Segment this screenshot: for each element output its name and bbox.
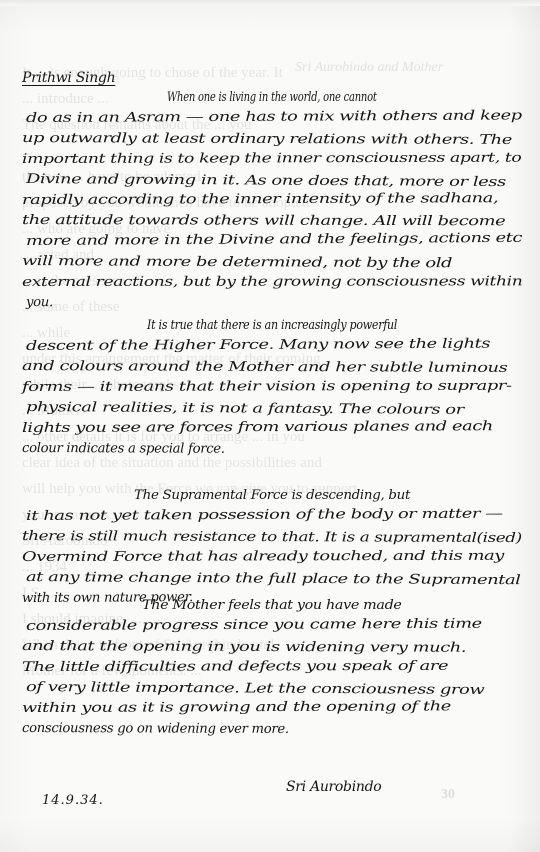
handwritten-line: external reactions, but by the growing c…: [22, 274, 522, 290]
handwritten-line: physical realities, it is not a fantasy.…: [26, 400, 464, 418]
handwritten-line: descent of the Higher Force. Many now se…: [26, 336, 490, 353]
handwritten-line: do as in an Asram — one has to mix with …: [26, 108, 522, 126]
handwritten-line: and colours around the Mother and her su…: [22, 359, 507, 376]
handwritten-line: will more and more be determined, not by…: [22, 254, 452, 271]
handwritten-line: lights you see are forces from various p…: [22, 419, 493, 436]
salutation: Prithwi Singh: [22, 70, 115, 86]
letter-page: Sri Aurobindo and Mother It ... is enoug…: [0, 0, 540, 852]
handwritten-line: When one is living in the world, one can…: [167, 90, 377, 105]
handwritten-line: it has not yet taken possession of the b…: [26, 506, 503, 523]
handwritten-line: within you as it is growing and the open…: [22, 699, 451, 716]
bleed-through-page-number: 30: [441, 787, 455, 803]
handwritten-line: you.: [26, 295, 53, 310]
handwritten-line: Divine and growing in it. As one does th…: [26, 172, 506, 190]
handwritten-line: and that the opening in you is widening …: [22, 639, 466, 656]
handwritten-line: the attitude towards others will change.…: [22, 213, 505, 229]
letter-date: 14.9.34.: [42, 793, 104, 808]
handwritten-line: Overmind Force that has already touched,…: [22, 548, 504, 564]
handwritten-line: more and more in the Divine and the feel…: [26, 230, 522, 248]
handwritten-line: considerable progress since you came her…: [26, 616, 482, 633]
handwritten-line: of very little importance. Let the consc…: [26, 680, 484, 698]
handwritten-line: there is still much resistance to that. …: [22, 529, 522, 546]
handwritten-line: consciousness go on widening ever more.: [22, 721, 289, 737]
bleed-through-header: Sri Aurobindo and Mother: [295, 60, 443, 76]
page-top-edge: [0, 0, 540, 6]
handwritten-line: It is true that there is an increasingly…: [147, 318, 397, 333]
handwritten-line: The Supramental Force is descending, but: [134, 488, 410, 503]
handwritten-line: at any time change into the full place t…: [26, 570, 521, 588]
signature: Sri Aurobindo: [286, 779, 381, 795]
handwritten-line: up outwardly at least ordinary relations…: [22, 131, 512, 148]
handwritten-line: colour indicates a special force.: [22, 441, 225, 457]
handwritten-line: The Mother feels that you have made: [142, 598, 402, 613]
handwritten-line: rapidly according to the inner intensity…: [22, 191, 498, 208]
handwritten-line: The little difficulties and defects you …: [22, 658, 448, 674]
handwritten-line: important thing is to keep the inner con…: [22, 150, 521, 166]
handwritten-line: forms — it means that their vision is op…: [22, 378, 512, 394]
